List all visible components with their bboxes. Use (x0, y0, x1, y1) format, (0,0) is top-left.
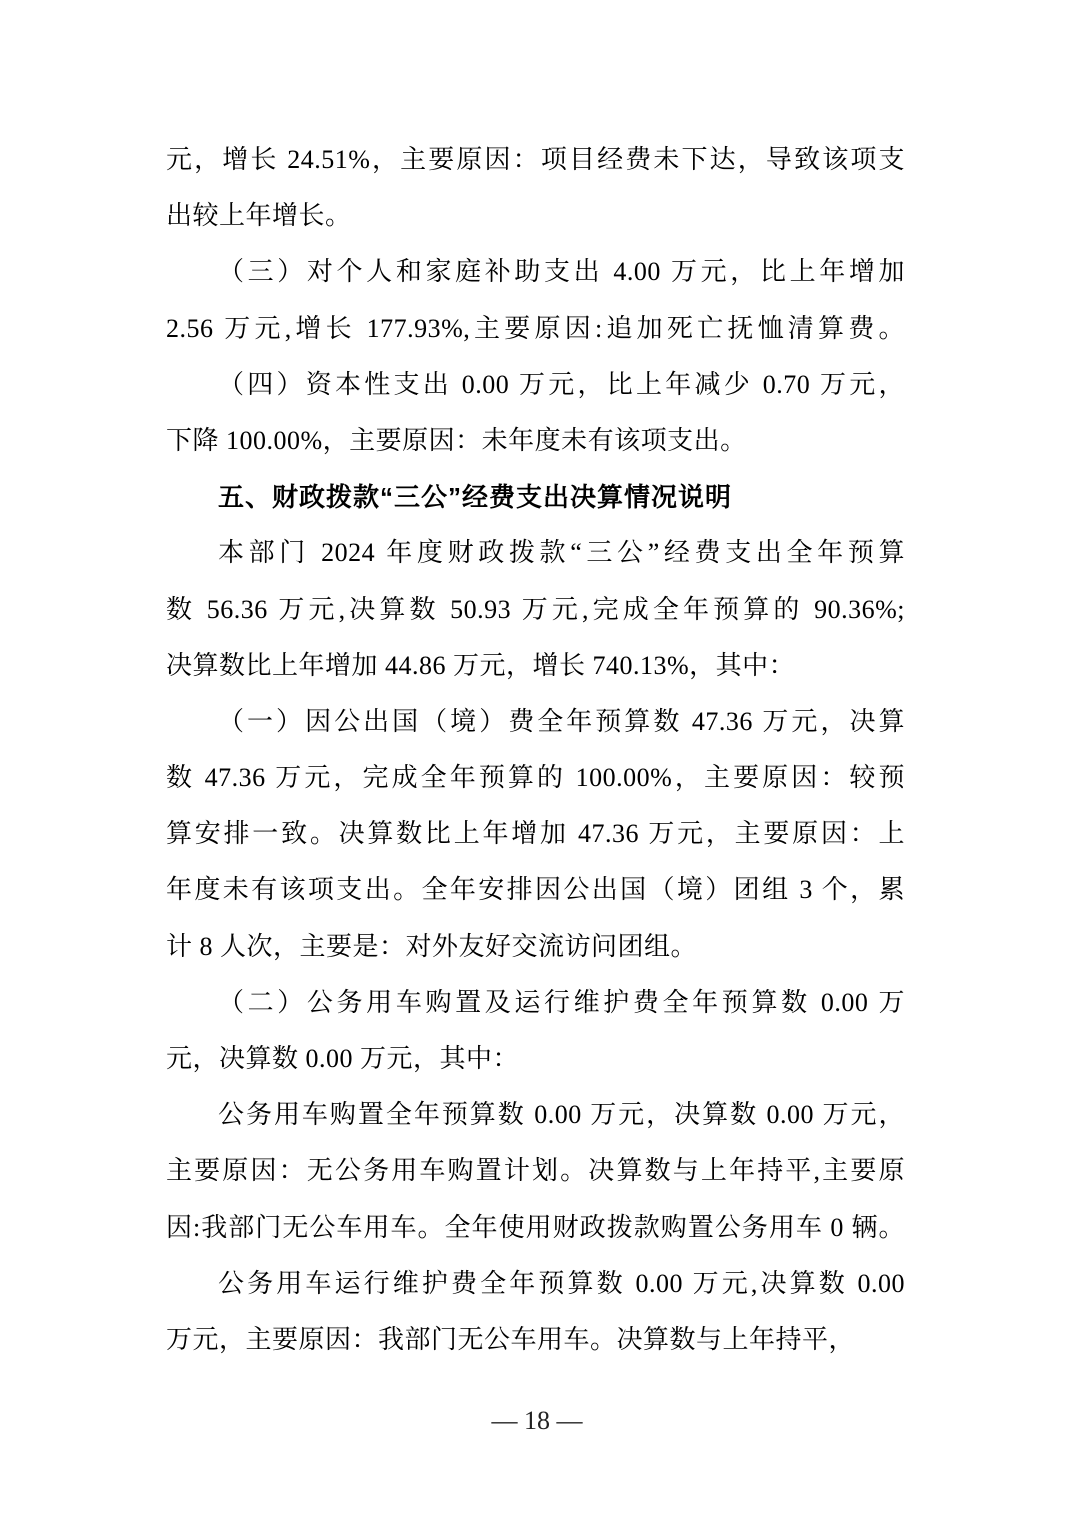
text-line: 年度未有该项支出。全年安排因公出国（境）团组 3 个，累 (166, 862, 905, 918)
text-line: （二）公务用车购置及运行维护费全年预算数 0.00 万 (166, 975, 905, 1031)
body-text: 元，增长 24.51%，主要原因：项目经费未下达，导致该项支出较上年增长。（三）… (166, 132, 905, 1368)
text-line: 下降 100.00%，主要原因：未年度未有该项支出。 (166, 413, 905, 469)
document-page: 元，增长 24.51%，主要原因：项目经费未下达，导致该项支出较上年增长。（三）… (0, 0, 1074, 1520)
text-line: （三）对个人和家庭补助支出 4.00 万元，比上年增加 (166, 244, 905, 300)
section-heading: 五、财政拨款“三公”经费支出决算情况说明 (166, 469, 905, 525)
text-line: 计 8 人次，主要是：对外友好交流访问团组。 (166, 919, 905, 975)
text-line: 因:我部门无公车用车。全年使用财政拨款购置公务用车 0 辆。 (166, 1200, 905, 1256)
text-line: 数 47.36 万元，完成全年预算的 100.00%，主要原因：较预 (166, 750, 905, 806)
text-line: 元，增长 24.51%，主要原因：项目经费未下达，导致该项支 (166, 132, 905, 188)
text-line: 公务用车购置全年预算数 0.00 万元，决算数 0.00 万元， (166, 1087, 905, 1143)
text-line: 本部门 2024 年度财政拨款“三公”经费支出全年预算 (166, 525, 905, 581)
text-line: 主要原因：无公务用车购置计划。决算数与上年持平,主要原 (166, 1143, 905, 1199)
text-line: 算安排一致。决算数比上年增加 47.36 万元，主要原因：上 (166, 806, 905, 862)
text-line: 出较上年增长。 (166, 188, 905, 244)
text-line: （四）资本性支出 0.00 万元，比上年减少 0.70 万元， (166, 357, 905, 413)
page-number: — 18 — (0, 1401, 1074, 1441)
text-line: 数 56.36 万元,决算数 50.93 万元,完成全年预算的 90.36%; (166, 582, 905, 638)
text-line: 2.56 万元,增长 177.93%,主要原因:追加死亡抚恤清算费。 (166, 301, 905, 357)
text-line: （一）因公出国（境）费全年预算数 47.36 万元，决算 (166, 694, 905, 750)
text-line: 万元，主要原因：我部门无公车用车。决算数与上年持平， (166, 1312, 905, 1368)
text-line: 决算数比上年增加 44.86 万元，增长 740.13%，其中： (166, 638, 905, 694)
text-line: 公务用车运行维护费全年预算数 0.00 万元,决算数 0.00 (166, 1256, 905, 1312)
text-line: 元，决算数 0.00 万元，其中： (166, 1031, 905, 1087)
